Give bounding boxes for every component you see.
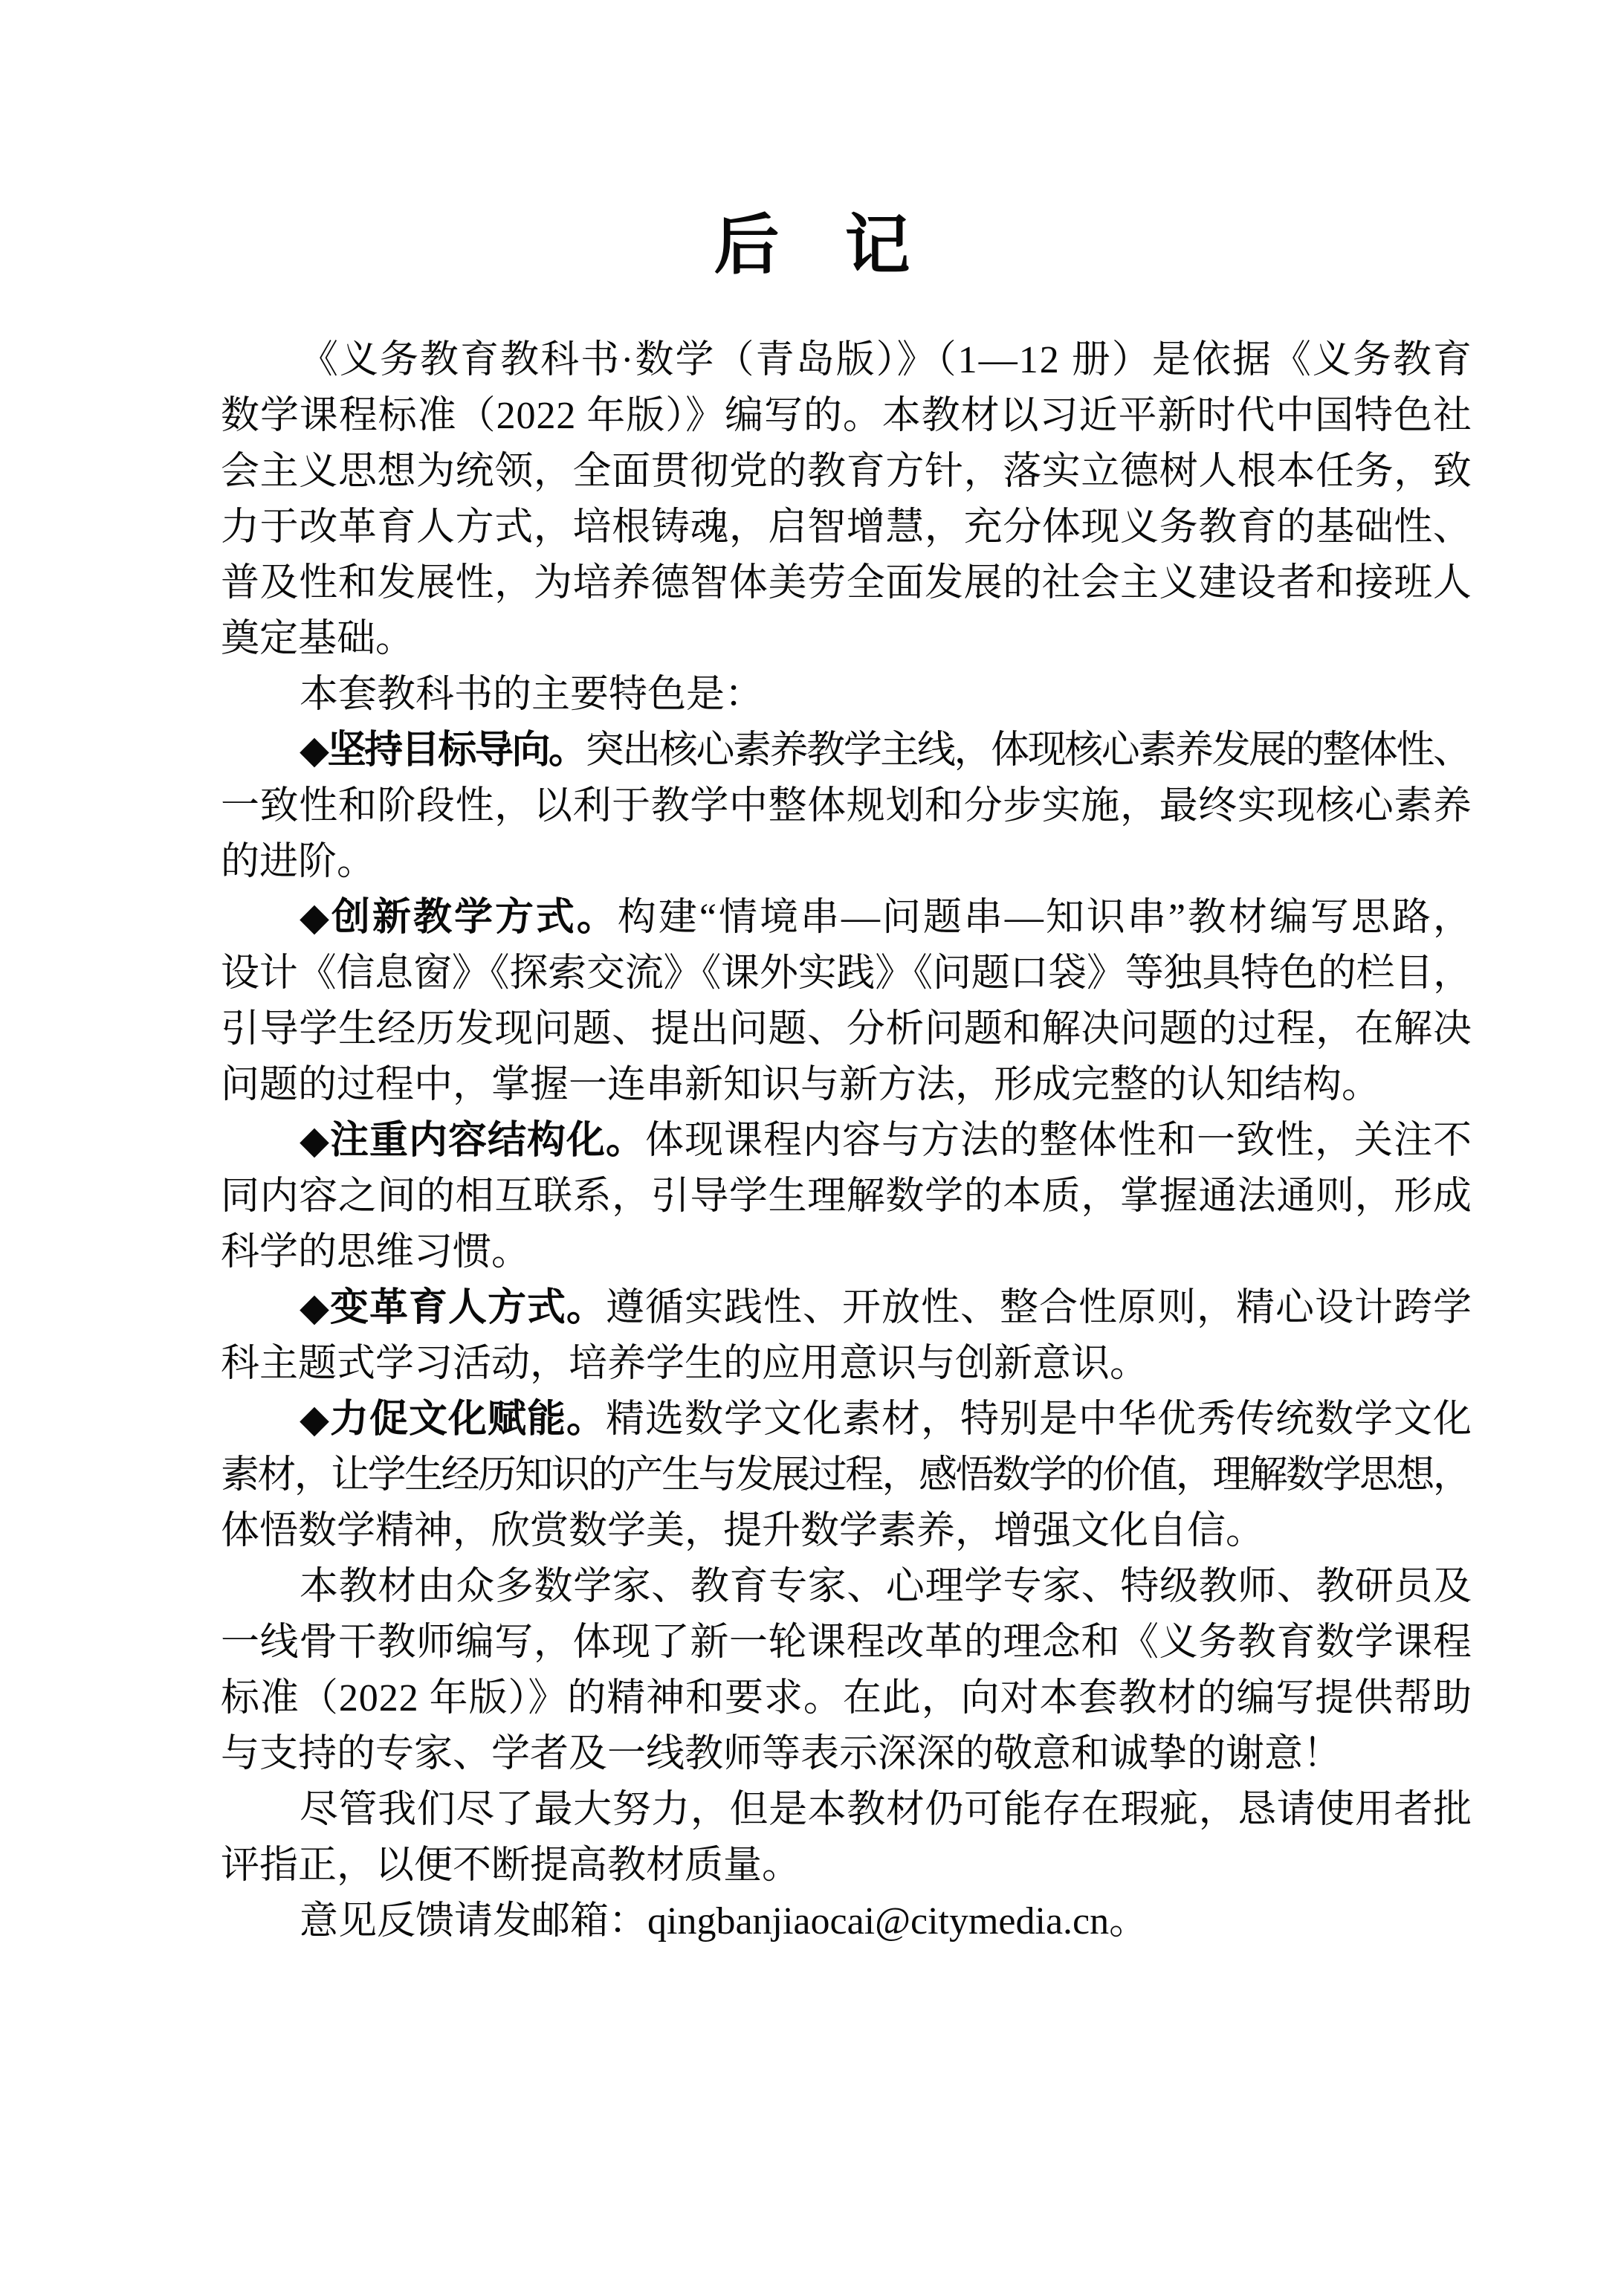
line-content: 《义务教育教科书·数学（青岛版）》（1—12 册）是依据《义务教育 [221,332,1473,388]
line-text: 突出核心素养教学主线，体现核心素养发展的整体性、 [586,729,1470,772]
afterword-page: 后 记 《义务教育教科书·数学（青岛版）》（1—12 册）是依据《义务教育数学课… [0,0,1624,2283]
line-text: 一线骨干教师编写，体现了新一轮课程改革的理念和《义务教育数学课程 [221,1621,1472,1664]
text-line: 数学课程标准（2022 年版）》编写的。本教材以习近平新时代中国特色社 [221,388,1472,444]
text-line: 体悟数学精神，欣赏数学美，提升数学素养，增强文化自信。 [221,1503,1472,1559]
line-content: ◆创新教学方式。构建“情境串—问题串—知识串”教材编写思路， [221,890,1474,946]
line-content: ◆注重内容结构化。体现课程内容与方法的整体性和一致性，关注不 [221,1113,1472,1169]
bullet-lead: ◆坚持目标导向。 [300,729,586,772]
line-text: 普及性和发展性，为培养德智体美劳全面发展的社会主义建设者和接班人 [221,562,1472,604]
line-text: 体悟数学精神，欣赏数学美，提升数学素养，增强文化自信。 [221,1510,1264,1552]
line-content: 问题的过程中，掌握一连串新知识与新方法，形成完整的认知结构。 [221,1057,1380,1113]
line-text: 精选数学文化素材，特别是中华优秀传统数学文化 [606,1398,1472,1441]
line-text: 设计《信息窗》《探索交流》《课外实践》《问题口袋》等独具特色的栏目， [221,952,1472,995]
text-line: 意见反馈请发邮箱：qingbanjiaocai@citymedia.cn。 [221,1893,1472,1949]
document-body: 《义务教育教科书·数学（青岛版）》（1—12 册）是依据《义务教育数学课程标准（… [221,332,1472,1949]
line-content: 本教材由众多数学家、教育专家、心理学专家、特级教师、教研员及 [221,1559,1472,1615]
text-line: ◆坚持目标导向。突出核心素养教学主线，体现核心素养发展的整体性、 [221,723,1472,778]
text-line: 评指正，以便不断提高教材质量。 [221,1838,1472,1893]
text-line: 普及性和发展性，为培养德智体美劳全面发展的社会主义建设者和接班人 [221,555,1472,611]
line-content: 奠定基础。 [221,611,414,667]
text-line: 科学的思维习惯。 [221,1224,1472,1280]
text-line: 科主题式学习活动，培养学生的应用意识与创新意识。 [221,1336,1472,1392]
line-content: ◆力促文化赋能。精选数学文化素材，特别是中华优秀传统数学文化 [221,1392,1472,1447]
line-content: 本套教科书的主要特色是： [221,667,763,723]
line-content: 一致性和阶段性，以利于教学中整体规划和分步实施，最终实现核心素养 [221,778,1472,834]
line-text: 体现课程内容与方法的整体性和一致性，关注不 [645,1120,1472,1162]
line-text: 科主题式学习活动，培养学生的应用意识与创新意识。 [221,1343,1148,1385]
line-text: 力于改革育人方式，培根铸魂，启智增慧，充分体现义务教育的基础性、 [221,506,1472,549]
line-text: 评指正，以便不断提高教材质量。 [221,1844,800,1887]
text-line: 素材，让学生经历知识的产生与发展过程，感悟数学的价值，理解数学思想， [221,1447,1472,1503]
line-content: 引导学生经历发现问题、提出问题、分析问题和解决问题的过程，在解决 [221,1001,1472,1057]
text-line: 一致性和阶段性，以利于教学中整体规划和分步实施，最终实现核心素养 [221,778,1472,834]
line-content: 科主题式学习活动，培养学生的应用意识与创新意识。 [221,1336,1148,1392]
line-text: 数学课程标准（2022 年版）》编写的。本教材以习近平新时代中国特色社 [221,395,1472,437]
line-text: 《义务教育教科书·数学（青岛版）》（1—12 册）是依据《义务教育 [300,339,1473,381]
line-text: 遵循实践性、开放性、整合性原则，精心设计跨学 [606,1287,1472,1329]
line-content: 数学课程标准（2022 年版）》编写的。本教材以习近平新时代中国特色社 [221,388,1472,444]
line-content: ◆坚持目标导向。突出核心素养教学主线，体现核心素养发展的整体性、 [221,723,1470,778]
text-line: 标准（2022 年版）》的精神和要求。在此，向对本套教材的编写提供帮助 [221,1670,1472,1726]
line-content: 的进阶。 [221,834,375,890]
line-text: 的进阶。 [221,841,375,883]
text-line: 奠定基础。 [221,611,1472,667]
text-line: ◆变革育人方式。遵循实践性、开放性、整合性原则，精心设计跨学 [221,1280,1472,1336]
line-text: 奠定基础。 [221,618,414,660]
line-content: 意见反馈请发邮箱：qingbanjiaocai@citymedia.cn。 [221,1893,1148,1949]
text-line: 问题的过程中，掌握一连串新知识与新方法，形成完整的认知结构。 [221,1057,1472,1113]
text-line: 会主义思想为统领，全面贯彻党的教育方针，落实立德树人根本任务，致 [221,444,1472,500]
line-text: 构建“情境串—问题串—知识串”教材编写思路， [618,897,1474,939]
line-content: 设计《信息窗》《探索交流》《课外实践》《问题口袋》等独具特色的栏目， [221,946,1472,1001]
line-content: 力于改革育人方式，培根铸魂，启智增慧，充分体现义务教育的基础性、 [221,500,1472,555]
text-line: ◆创新教学方式。构建“情境串—问题串—知识串”教材编写思路， [221,890,1472,946]
text-line: 的进阶。 [221,834,1472,890]
line-content: 标准（2022 年版）》的精神和要求。在此，向对本套教材的编写提供帮助 [221,1670,1472,1726]
text-line: 引导学生经历发现问题、提出问题、分析问题和解决问题的过程，在解决 [221,1001,1472,1057]
line-text: 与支持的专家、学者及一线教师等表示深深的敬意和诚挚的谢意！ [221,1733,1342,1775]
bullet-lead: ◆变革育人方式。 [300,1286,606,1329]
line-content: 体悟数学精神，欣赏数学美，提升数学素养，增强文化自信。 [221,1503,1264,1559]
text-line: 力于改革育人方式，培根铸魂，启智增慧，充分体现义务教育的基础性、 [221,500,1472,555]
line-content: 科学的思维习惯。 [221,1224,530,1280]
line-text: 意见反馈请发邮箱：qingbanjiaocai@citymedia.cn。 [300,1900,1148,1943]
line-text: 一致性和阶段性，以利于教学中整体规划和分步实施，最终实现核心素养 [221,785,1472,827]
line-content: 尽管我们尽了最大努力，但是本教材仍可能存在瑕疵，恳请使用者批 [221,1782,1472,1838]
page-title: 后 记 [0,210,1624,284]
text-line: 同内容之间的相互联系，引导学生理解数学的本质，掌握通法通则，形成 [221,1169,1472,1224]
text-line: 尽管我们尽了最大努力，但是本教材仍可能存在瑕疵，恳请使用者批 [221,1782,1472,1838]
line-content: ◆变革育人方式。遵循实践性、开放性、整合性原则，精心设计跨学 [221,1280,1472,1336]
line-text: 会主义思想为统领，全面贯彻党的教育方针，落实立德树人根本任务，致 [221,451,1472,493]
bullet-lead: ◆力促文化赋能。 [300,1398,606,1441]
bullet-lead: ◆创新教学方式。 [300,896,618,939]
text-line: 一线骨干教师编写，体现了新一轮课程改革的理念和《义务教育数学课程 [221,1615,1472,1670]
line-content: 普及性和发展性，为培养德智体美劳全面发展的社会主义建设者和接班人 [221,555,1472,611]
text-line: 本套教科书的主要特色是： [221,667,1472,723]
line-content: 素材，让学生经历知识的产生与发展过程，感悟数学的价值，理解数学思想， [221,1447,1469,1503]
text-line: 设计《信息窗》《探索交流》《课外实践》《问题口袋》等独具特色的栏目， [221,946,1472,1001]
line-content: 会主义思想为统领，全面贯彻党的教育方针，落实立德树人根本任务，致 [221,444,1472,500]
text-line: 本教材由众多数学家、教育专家、心理学专家、特级教师、教研员及 [221,1559,1472,1615]
line-content: 与支持的专家、学者及一线教师等表示深深的敬意和诚挚的谢意！ [221,1726,1342,1782]
line-text: 本套教科书的主要特色是： [300,674,763,716]
line-content: 同内容之间的相互联系，引导学生理解数学的本质，掌握通法通则，形成 [221,1169,1472,1224]
line-text: 问题的过程中，掌握一连串新知识与新方法，形成完整的认知结构。 [221,1064,1380,1106]
line-text: 素材，让学生经历知识的产生与发展过程，感悟数学的价值，理解数学思想， [221,1454,1469,1496]
text-line: 与支持的专家、学者及一线教师等表示深深的敬意和诚挚的谢意！ [221,1726,1472,1782]
line-content: 评指正，以便不断提高教材质量。 [221,1838,800,1893]
line-text: 标准（2022 年版）》的精神和要求。在此，向对本套教材的编写提供帮助 [221,1677,1472,1719]
text-line: ◆力促文化赋能。精选数学文化素材，特别是中华优秀传统数学文化 [221,1392,1472,1447]
text-line: ◆注重内容结构化。体现课程内容与方法的整体性和一致性，关注不 [221,1113,1472,1169]
line-text: 尽管我们尽了最大努力，但是本教材仍可能存在瑕疵，恳请使用者批 [300,1789,1472,1831]
bullet-lead: ◆注重内容结构化。 [300,1119,645,1162]
line-text: 引导学生经历发现问题、提出问题、分析问题和解决问题的过程，在解决 [221,1008,1472,1050]
text-line: 《义务教育教科书·数学（青岛版）》（1—12 册）是依据《义务教育 [221,332,1472,388]
line-text: 本教材由众多数学家、教育专家、心理学专家、特级教师、教研员及 [300,1566,1472,1608]
line-content: 一线骨干教师编写，体现了新一轮课程改革的理念和《义务教育数学课程 [221,1615,1472,1670]
line-text: 同内容之间的相互联系，引导学生理解数学的本质，掌握通法通则，形成 [221,1175,1472,1218]
line-text: 科学的思维习惯。 [221,1231,530,1273]
